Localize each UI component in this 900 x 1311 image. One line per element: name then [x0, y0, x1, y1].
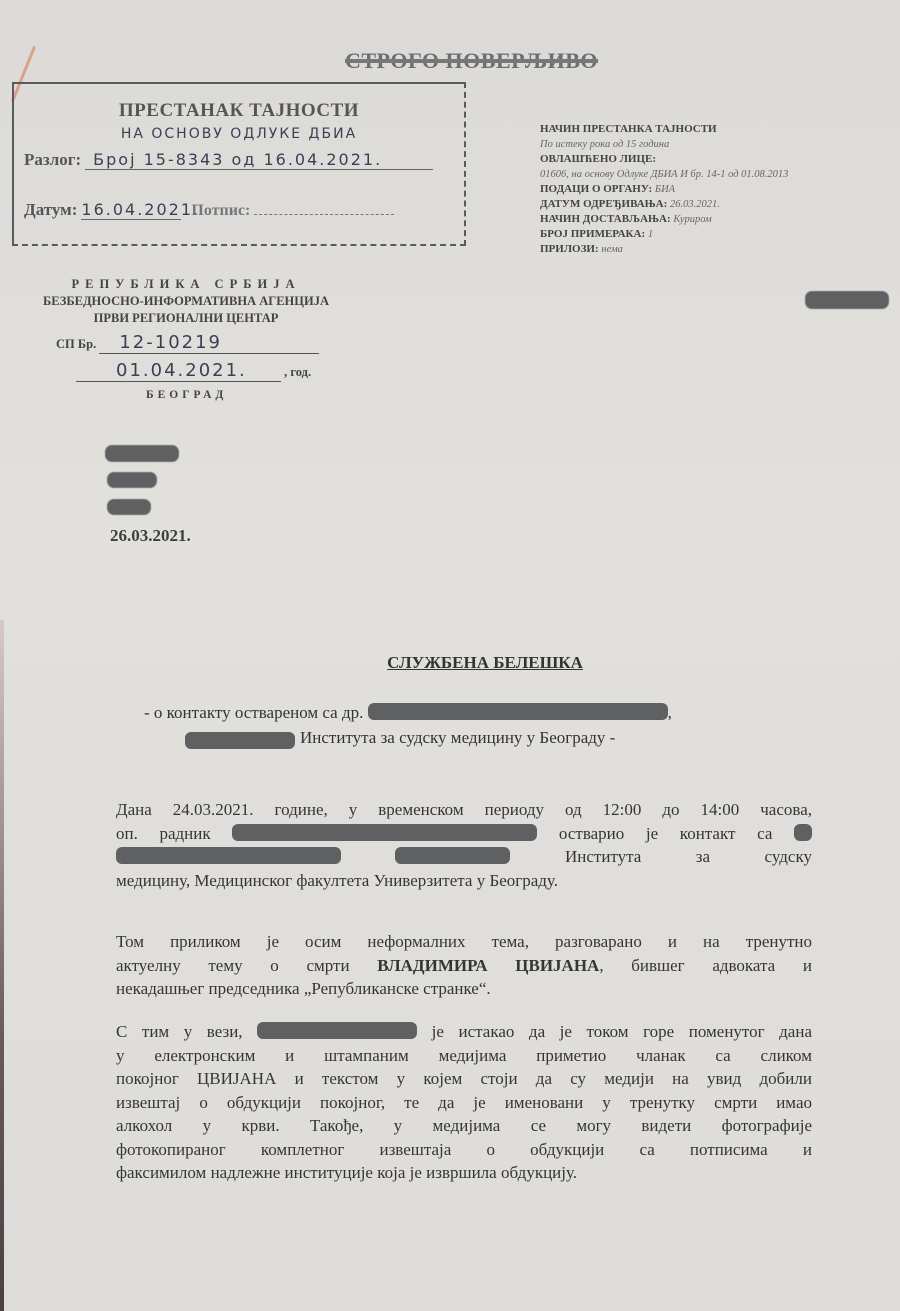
info-row: НАЧИН ДОСТАВЉАЊА: Куриром: [540, 212, 788, 227]
date-value: 16.04.2021.: [81, 200, 181, 220]
year-suffix: , год.: [284, 365, 311, 379]
redaction-block: [106, 446, 178, 461]
info-row: НАЧИН ПРЕСТАНКА ТАЈНОСТИ: [540, 122, 788, 137]
stamp-title: ПРЕСТАНАК ТАЈНОСТИ: [14, 100, 464, 122]
signature-label: Потпис:: [191, 202, 250, 219]
stamp-reason-row: Разлог: Број 15-8343 од 16.04.2021.: [24, 150, 433, 170]
stamp-subtitle: НА ОСНОВУ ОДЛУКЕ ДБИА: [14, 126, 464, 142]
redaction-block: [116, 847, 341, 864]
redaction-block: [185, 732, 295, 749]
declassification-info: НАЧИН ПРЕСТАНКА ТАЈНОСТИ По истеку рока …: [540, 122, 788, 257]
redaction-block: [232, 824, 537, 841]
city: БЕОГРАД: [146, 389, 227, 401]
paragraph-2: Том приликом је осим неформалних тема, р…: [116, 930, 812, 1001]
redaction-block: [395, 847, 510, 864]
declassification-stamp: ПРЕСТАНАК ТАЈНОСТИ НА ОСНОВУ ОДЛУКЕ ДБИА…: [12, 82, 466, 246]
document-date: 26.03.2021.: [110, 526, 191, 546]
agency-name: БЕЗБЕДНОСНО-ИНФОРМАТИВНА АГЕНЦИЈА: [0, 293, 372, 310]
subtitle-line-1: - о контакту оствареном са др. ,: [144, 703, 672, 723]
redaction-block: [108, 473, 156, 487]
name-bold: ВЛАДИМИРА ЦВИЈАНА: [377, 956, 599, 975]
sp-label: СП Бр.: [56, 337, 96, 351]
reason-value: Број 15-8343 од 16.04.2021.: [85, 150, 433, 170]
finger-edge: [0, 620, 4, 1311]
document-title: СЛУЖБЕНА БЕЛЕШКА: [0, 653, 900, 673]
info-row: ПОДАЦИ О ОРГАНУ: БИА: [540, 182, 788, 197]
sp-number-row: СП Бр. 12-10219: [56, 332, 319, 354]
signature-line: [254, 214, 394, 215]
subtitle-line-2: Института за судску медицину у Београду …: [300, 728, 615, 748]
organization-header: РЕПУБЛИКА СРБИЈА БЕЗБЕДНОСНО-ИНФОРМАТИВН…: [0, 276, 372, 327]
info-row: БРОЈ ПРИМЕРАКА: 1: [540, 227, 788, 242]
info-row: ДАТУМ ОДРЕЂИВАЊА: 26.03.2021.: [540, 197, 788, 212]
center-name: ПРВИ РЕГИОНАЛНИ ЦЕНТАР: [0, 310, 372, 327]
classification-marking-struck: СТРОГО ПОВЕРЉИВО: [345, 48, 598, 74]
date-label: Датум:: [24, 200, 77, 219]
info-row: По истеку рока од 15 година: [540, 137, 788, 152]
redaction-block: [806, 292, 888, 308]
info-row: ПРИЛОЗИ: нема: [540, 242, 788, 257]
registry-date-row: 01.04.2021. , год.: [76, 360, 311, 382]
redaction-block: [368, 703, 668, 720]
registry-date: 01.04.2021.: [76, 360, 281, 382]
stamp-date-row: Датум: 16.04.2021. Потпис:: [24, 200, 394, 220]
redaction-block: [794, 824, 812, 841]
reason-label: Разлог:: [24, 150, 81, 169]
sp-number: 12-10219: [99, 332, 319, 354]
redaction-block: [257, 1022, 417, 1039]
info-row: ОВЛАШЋЕНО ЛИЦЕ:: [540, 152, 788, 167]
paragraph-3: С тим у вези, је истакао да је током гор…: [116, 1020, 812, 1185]
country-name: РЕПУБЛИКА СРБИЈА: [0, 276, 372, 293]
redaction-block: [108, 500, 150, 514]
paragraph-1: Дана 24.03.2021. године, у временском пе…: [116, 798, 812, 892]
info-row: 01606, на основу Одлуке ДБИА И бр. 14-1 …: [540, 167, 788, 182]
